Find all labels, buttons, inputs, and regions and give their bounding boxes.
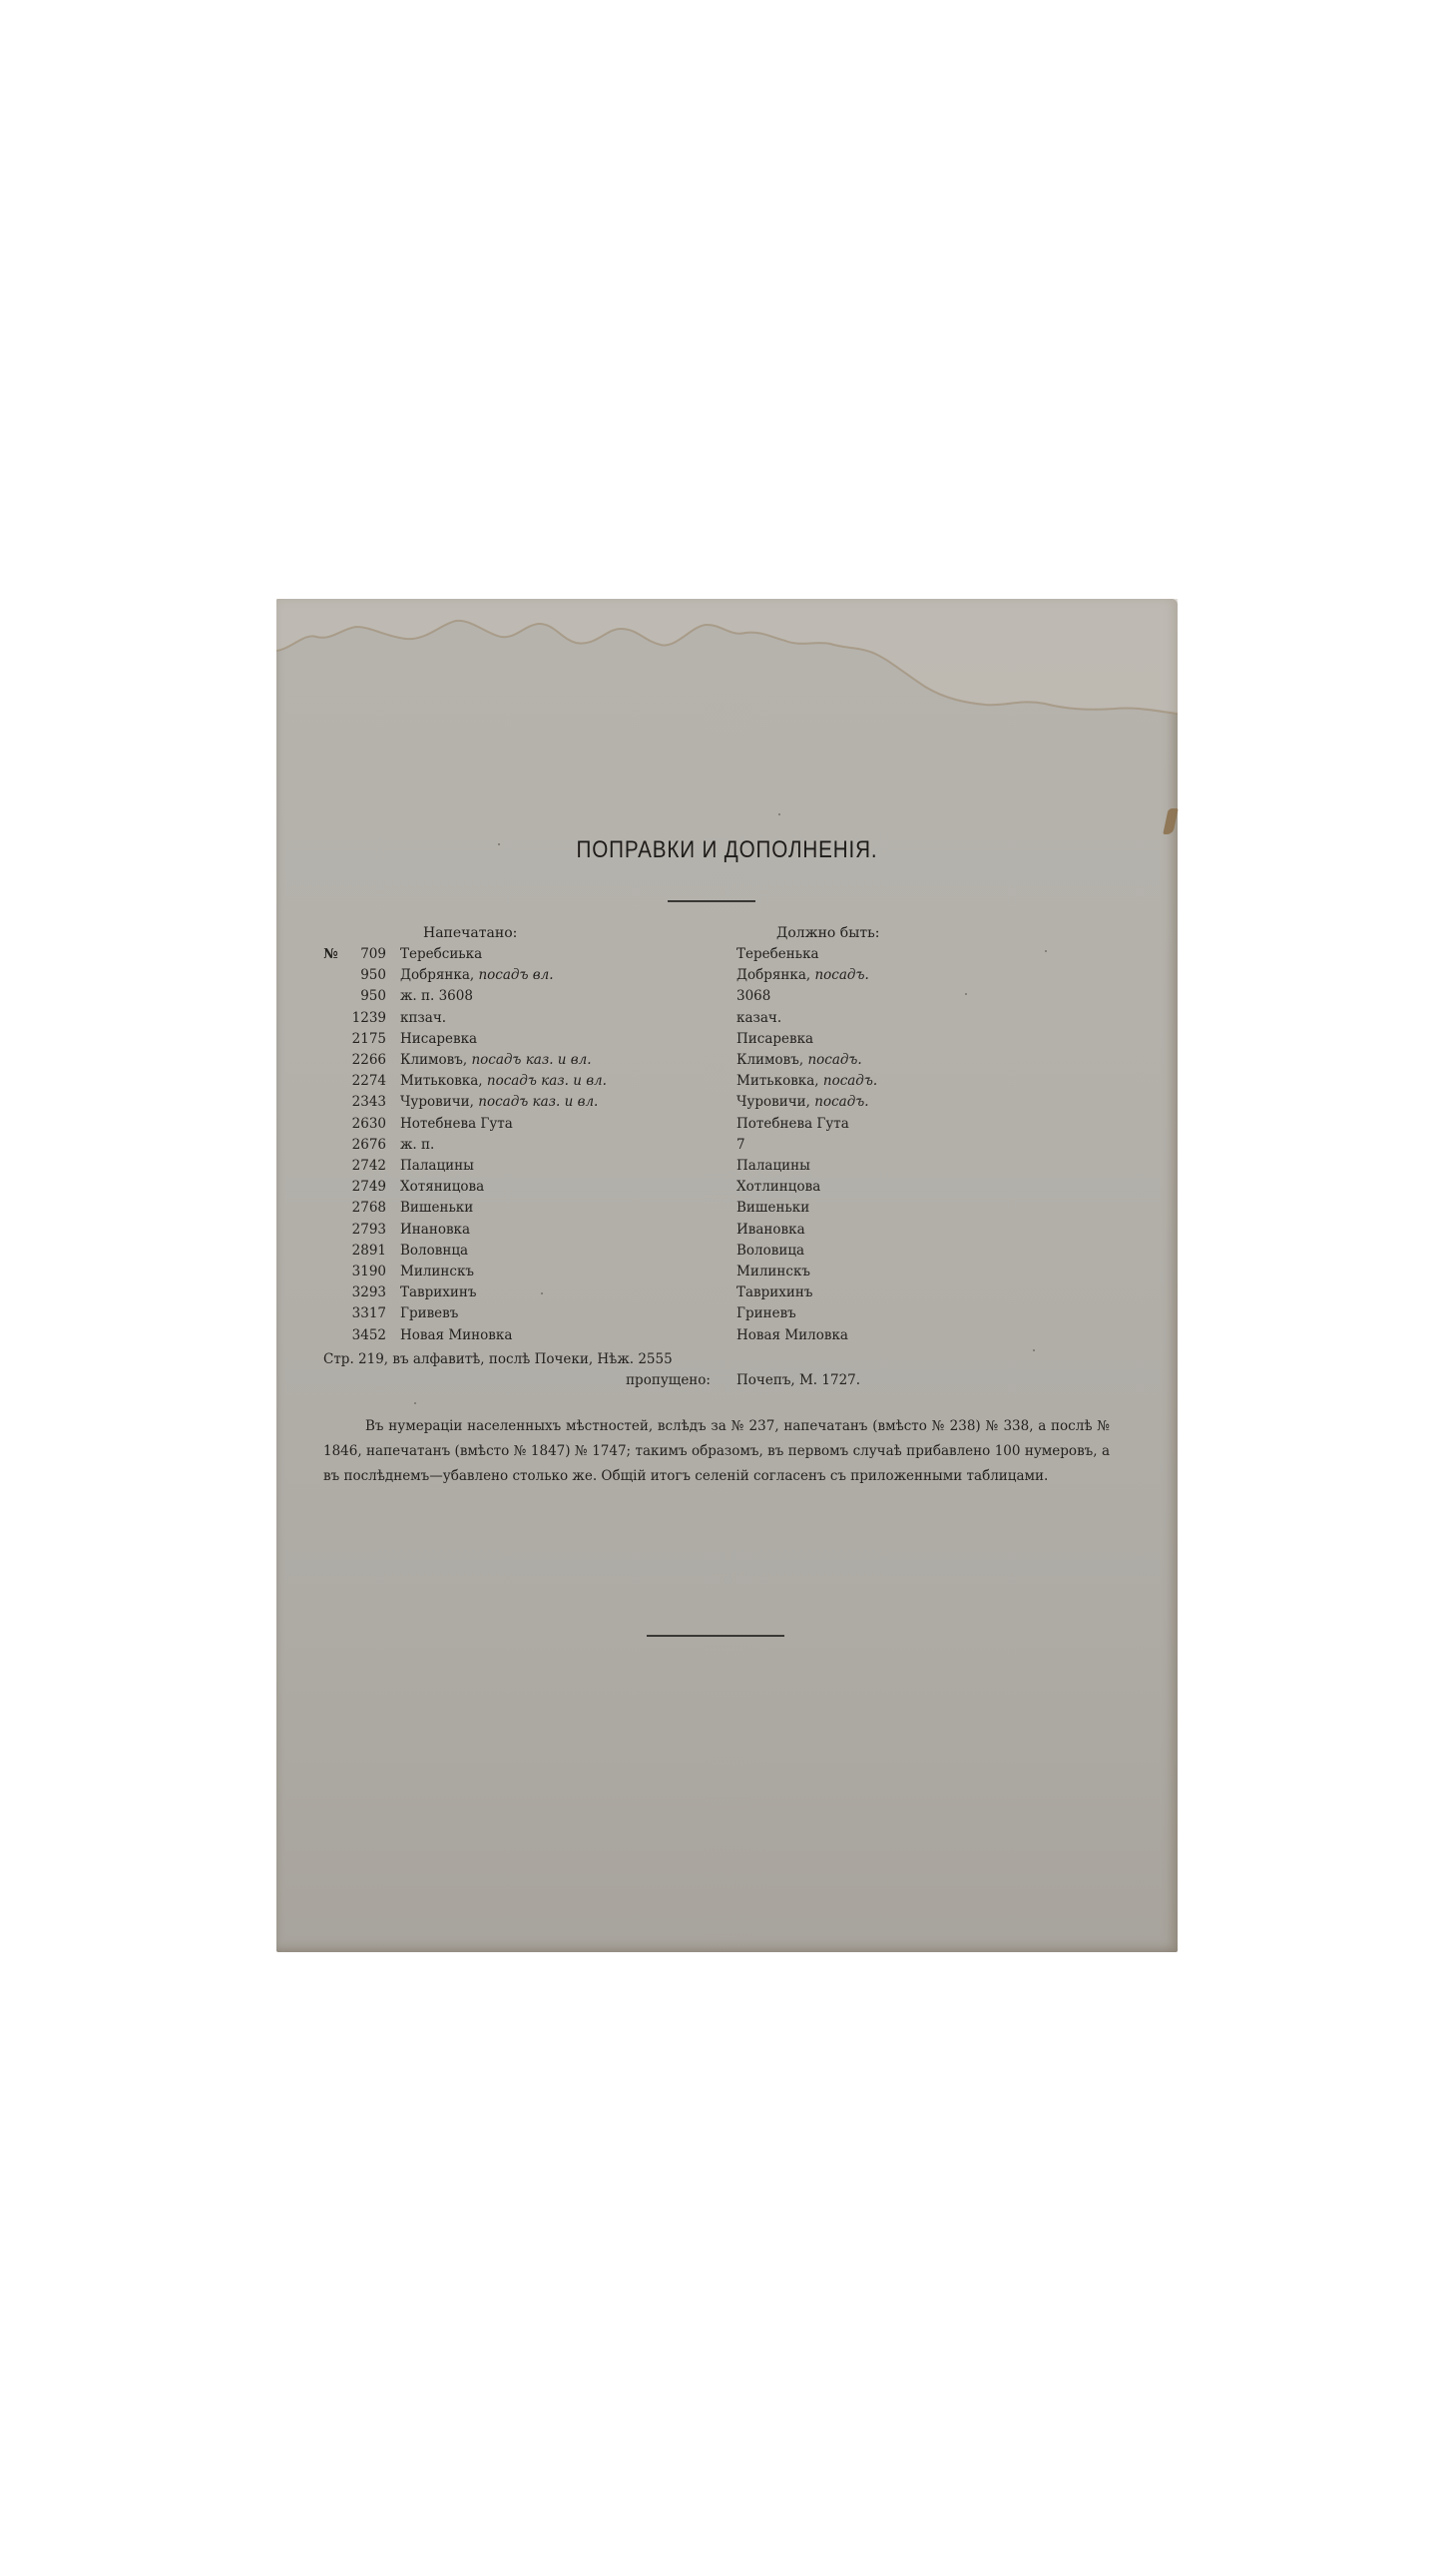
printed-text-main: Вишеньки	[400, 1200, 473, 1216]
printed-text: кпзач.	[400, 1010, 446, 1026]
printed-text-main: Нисаревка	[400, 1031, 477, 1047]
printed-text-italic: посадъ каз. и вл.	[478, 1094, 598, 1110]
printed-text-main: Милинскъ	[400, 1264, 474, 1279]
entry-number: 950	[360, 967, 386, 983]
paper-speck	[965, 993, 967, 995]
correct-text-main: Таврихинъ	[736, 1284, 813, 1300]
entry-number: 1239	[352, 1010, 386, 1026]
printed-text-main: Теребсиька	[400, 946, 482, 962]
correct-text: 3068	[736, 988, 770, 1004]
printed-text-main: кпзач.	[400, 1010, 446, 1026]
correct-text-main: Хотлинцова	[736, 1179, 820, 1195]
entry-number: 2676	[352, 1137, 386, 1153]
table-row: 950Добрянка, посадъ вл.Добрянка, посадъ.	[276, 967, 1178, 988]
printed-text: Нотебнева Гута	[400, 1116, 513, 1132]
printed-text-main: Нотебнева Гута	[400, 1116, 513, 1132]
entry-number: 2630	[352, 1116, 386, 1132]
table-row: 2274Митьковка, посадъ каз. и вл.Митьковк…	[276, 1073, 1178, 1094]
correct-text-main: казач.	[736, 1010, 781, 1026]
correct-text: Писаревка	[736, 1031, 813, 1047]
end-divider	[647, 1635, 784, 1637]
printed-text: Палацины	[400, 1158, 474, 1174]
paper-speck	[414, 1402, 416, 1404]
correct-text: Воловица	[736, 1243, 804, 1259]
printed-text: ж. п.	[400, 1137, 434, 1153]
printed-text-main: Митьковка,	[400, 1073, 487, 1089]
printed-text-italic: посадъ каз. и вл.	[487, 1073, 607, 1089]
printed-text: Нисаревка	[400, 1031, 477, 1047]
entry-number: 2175	[352, 1031, 386, 1047]
printed-text: Воловнца	[400, 1243, 468, 1259]
correct-text-main: Ивановка	[736, 1222, 805, 1238]
correct-text: Хотлинцова	[736, 1179, 820, 1195]
correct-text-main: Воловица	[736, 1243, 804, 1259]
table-row: 2891ВоловнцаВоловица	[276, 1243, 1178, 1264]
correct-text: казач.	[736, 1010, 781, 1026]
correct-text: 7	[736, 1137, 745, 1153]
correct-text: Новая Миловка	[736, 1327, 848, 1343]
correct-text-main: Писаревка	[736, 1031, 813, 1047]
paper-speck	[541, 1292, 543, 1294]
table-row: 3293ТаврихинъТаврихинъ	[276, 1284, 1178, 1305]
entry-number: 2768	[352, 1200, 386, 1216]
entry-number: 2274	[352, 1073, 386, 1089]
correct-text-main: Теребенька	[736, 946, 819, 962]
printed-text: Митьковка, посадъ каз. и вл.	[400, 1073, 607, 1089]
printed-column-header: Напечатано:	[423, 925, 517, 941]
correct-text-main: 7	[736, 1137, 745, 1153]
entry-number: 2891	[352, 1243, 386, 1259]
table-row: 2630Нотебнева ГутаПотебнева Гута	[276, 1116, 1178, 1137]
printed-text-main: Воловнца	[400, 1243, 468, 1259]
printed-text: Гривевъ	[400, 1305, 458, 1321]
table-row: 3190МилинскъМилинскъ	[276, 1264, 1178, 1284]
correct-text: Теребенька	[736, 946, 819, 962]
correct-text: Милинскъ	[736, 1264, 810, 1279]
correct-text-main: Климовъ,	[736, 1052, 807, 1068]
correct-text-italic: посадъ.	[814, 967, 868, 983]
printed-text-main: Гривевъ	[400, 1305, 458, 1321]
correct-text: Ивановка	[736, 1222, 805, 1238]
printed-text-main: Чуровичи,	[400, 1094, 478, 1110]
entry-number: 2749	[352, 1179, 386, 1195]
correct-text: Митьковка, посадъ.	[736, 1073, 877, 1089]
printed-text-main: Палацины	[400, 1158, 474, 1174]
correct-text-main: Милинскъ	[736, 1264, 810, 1279]
numbering-note-paragraph: Въ нумераціи населенныхъ мѣстностей, всл…	[323, 1414, 1110, 1489]
printed-text: Милинскъ	[400, 1264, 474, 1279]
correct-text: Добрянка, посадъ.	[736, 967, 869, 983]
omission-note-line2: пропущено:	[626, 1372, 711, 1388]
entry-number: 2793	[352, 1222, 386, 1238]
correct-text: Таврихинъ	[736, 1284, 813, 1300]
table-row: 2676ж. п.7	[276, 1137, 1178, 1158]
correct-text-main: Добрянка,	[736, 967, 814, 983]
table-row: 3317ГривевъГриневъ	[276, 1305, 1178, 1326]
correct-text-italic: посадъ.	[814, 1094, 868, 1110]
printed-text-main: Хотяницова	[400, 1179, 484, 1195]
printed-text: Теребсиька	[400, 946, 482, 962]
correct-text: Климовъ, посадъ.	[736, 1052, 862, 1068]
table-row: 3452Новая МиновкаНовая Миловка	[276, 1327, 1178, 1348]
paragraph-text: Въ нумераціи населенныхъ мѣстностей, всл…	[323, 1414, 1110, 1489]
correct-text-main: 3068	[736, 988, 770, 1004]
entry-number: 950	[360, 988, 386, 1004]
correct-column-header: Должно быть:	[776, 925, 879, 941]
entry-number: 709	[360, 946, 386, 962]
table-row: №709ТеребсиькаТеребенька	[276, 946, 1178, 967]
entry-number: 3452	[352, 1327, 386, 1343]
table-row: 950ж. п. 36083068	[276, 988, 1178, 1009]
scanned-page: ПОПРАВКИ И ДОПОЛНЕНІЯ. Напечатано: Должн…	[276, 599, 1178, 1952]
correct-text: Гриневъ	[736, 1305, 796, 1321]
entry-number: 2343	[352, 1094, 386, 1110]
printed-text-main: Новая Миновка	[400, 1327, 512, 1343]
entry-number: 3190	[352, 1264, 386, 1279]
table-row: 2742ПалациныПалацины	[276, 1158, 1178, 1179]
paper-speck	[1033, 1349, 1035, 1351]
correct-text-main: Новая Миловка	[736, 1327, 848, 1343]
correct-text: Вишеньки	[736, 1200, 809, 1216]
printed-text: Вишеньки	[400, 1200, 473, 1216]
correct-text-main: Чуровичи,	[736, 1094, 814, 1110]
correct-text-main: Вишеньки	[736, 1200, 809, 1216]
page-title: ПОПРАВКИ И ДОПОЛНЕНІЯ.	[339, 836, 1115, 864]
correct-text-main: Палацины	[736, 1158, 810, 1174]
correct-text: Чуровичи, посадъ.	[736, 1094, 869, 1110]
title-divider	[668, 900, 755, 902]
entry-number: 3317	[352, 1305, 386, 1321]
printed-text: Инановка	[400, 1222, 470, 1238]
table-row: 2343Чуровичи, посадъ каз. и вл.Чуровичи,…	[276, 1094, 1178, 1115]
table-row: 2175НисаревкаПисаревка	[276, 1031, 1178, 1052]
correct-text-italic: посадъ.	[823, 1073, 877, 1089]
table-row: 1239кпзач.казач.	[276, 1010, 1178, 1031]
printed-text: ж. п. 3608	[400, 988, 473, 1004]
table-row: 2793ИнановкаИвановка	[276, 1222, 1178, 1243]
printed-text: Добрянка, посадъ вл.	[400, 967, 554, 983]
omission-note-line1: Стр. 219, въ алфавитѣ, послѣ Почеки, Нѣж…	[323, 1351, 673, 1367]
paper-speck	[778, 813, 780, 815]
printed-text-main: Добрянка,	[400, 967, 478, 983]
printed-text-italic: посадъ вл.	[478, 967, 553, 983]
correct-text: Потебнева Гута	[736, 1116, 849, 1132]
printed-text: Климовъ, посадъ каз. и вл.	[400, 1052, 592, 1068]
entry-number: 2742	[352, 1158, 386, 1174]
table-row: 2266Климовъ, посадъ каз. и вл.Климовъ, п…	[276, 1052, 1178, 1073]
printed-text-main: ж. п. 3608	[400, 988, 473, 1004]
correct-text-italic: посадъ.	[807, 1052, 861, 1068]
printed-text-main: ж. п.	[400, 1137, 434, 1153]
printed-text-main: Климовъ,	[400, 1052, 471, 1068]
correct-text-main: Потебнева Гута	[736, 1116, 849, 1132]
paper-speck	[1045, 950, 1047, 952]
printed-text-main: Инановка	[400, 1222, 470, 1238]
table-row: 2749ХотяницоваХотлинцова	[276, 1179, 1178, 1200]
water-stain	[276, 599, 1178, 719]
correct-text: Палацины	[736, 1158, 810, 1174]
table-row: 2768ВишенькиВишеньки	[276, 1200, 1178, 1221]
correct-text-main: Гриневъ	[736, 1305, 796, 1321]
printed-text: Таврихинъ	[400, 1284, 477, 1300]
printed-text: Чуровичи, посадъ каз. и вл.	[400, 1094, 598, 1110]
printed-text-italic: посадъ каз. и вл.	[471, 1052, 591, 1068]
printed-text-main: Таврихинъ	[400, 1284, 477, 1300]
printed-text: Новая Миновка	[400, 1327, 512, 1343]
paper-speck	[498, 843, 500, 845]
printed-text: Хотяницова	[400, 1179, 484, 1195]
entry-number: 2266	[352, 1052, 386, 1068]
correct-text-main: Митьковка,	[736, 1073, 823, 1089]
entry-number: 3293	[352, 1284, 386, 1300]
number-sign: №	[323, 946, 338, 962]
omission-correct: Почепъ, М. 1727.	[736, 1372, 860, 1388]
